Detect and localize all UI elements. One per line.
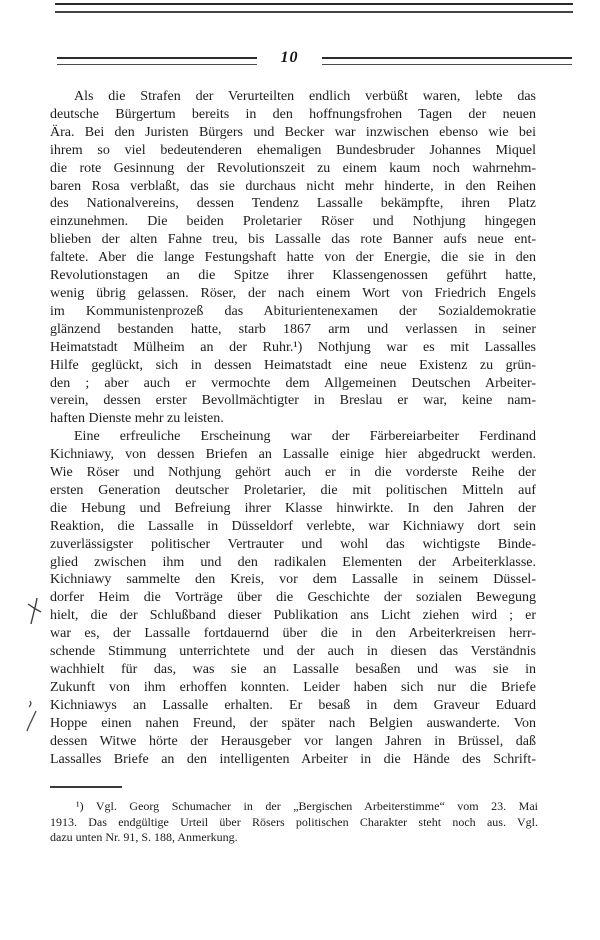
footnote-line: dazu unten Nr. 91, S. 188, Anmerkung.	[50, 830, 538, 846]
footnote: ¹) Vgl. Georg Schumacher in der „Bergisc…	[50, 799, 538, 846]
text-line: dorfer Heim die Vorträge über die Geschi…	[50, 589, 536, 607]
text-line: die Hebung und Befreiung ihrer Klasse hi…	[50, 500, 536, 518]
text-line: wachhielt für das, was sie an Lassalle b…	[50, 661, 536, 679]
text-line: glänzend bestanden hatte, starb 1867 arm…	[50, 321, 536, 339]
text-line: Zukunft von ihm erhoffen konnten. Leider…	[50, 679, 536, 697]
page-number: 10	[257, 49, 322, 67]
text-line: Ära. Bei den Juristen Bürgers und Becker…	[50, 124, 536, 142]
text-line: ihrem so viel bedeutenderen ehemaligen B…	[50, 142, 536, 160]
text-line: einzunehmen. Die beiden Proletarier Röse…	[50, 213, 536, 231]
text-line: Kichniawys an Lassalle erhalten. Er besa…	[50, 697, 536, 715]
header-rule-right	[322, 57, 572, 65]
text-line: Als die Strafen der Verurteilten endlich…	[50, 88, 536, 106]
text-line: haften Dienste mehr zu leisten.	[50, 410, 536, 428]
book-page: 10 Als die Strafen der Verurteilten endl…	[0, 0, 600, 940]
text-line: Hoppe einen nahen Freund, der später nac…	[50, 715, 536, 733]
text-line: die rote Gesinnung der Revolutionszeit z…	[50, 160, 536, 178]
text-line: ersten Generation deutscher Proletarier,…	[50, 482, 536, 500]
text-line: Lassalles Briefe an den intelligenten Ar…	[50, 751, 536, 769]
text-line: Wie Röser und Nothjung gehört auch er in…	[50, 464, 536, 482]
text-line: Eine erfreuliche Erscheinung war der Fär…	[50, 428, 536, 446]
text-line: faltete. Aber die lange Festungshaft hat…	[50, 249, 536, 267]
text-line: Kichniawy, von dessen Briefen an Lassall…	[50, 446, 536, 464]
text-line: dessen Witwe hörte der Herausgeber vor l…	[50, 733, 536, 751]
text-line: Kichniawy sammelte den Kreis, vor dem La…	[50, 571, 536, 589]
text-line: im Kommunistenprozeß das Abiturientenexa…	[50, 303, 536, 321]
header-rule-left	[57, 57, 257, 65]
text-line: verein, dessen erster Bevollmächtigter i…	[50, 392, 536, 410]
text-line: blieben der alten Fahne treu, bis Lassal…	[50, 231, 536, 249]
top-border-rule	[55, 3, 573, 13]
pen-cross-mark	[26, 597, 44, 630]
text-line: schende Stimmung unterrichtete und der a…	[50, 643, 536, 661]
text-line: Hilfe geglückt, sich in dessen Heimatsta…	[50, 357, 536, 375]
text-line: hielt, die der Schlußband dieser Publika…	[50, 607, 536, 625]
text-line: den ; aber auch er vermochte dem Allgeme…	[50, 375, 536, 393]
text-line: deutsche Bürgertum bereits in den hoffnu…	[50, 106, 536, 124]
body-text: Als die Strafen der Verurteilten endlich…	[50, 88, 536, 768]
text-line: zuverlässigster politischer Vertrauter u…	[50, 536, 536, 554]
text-line: glied zwischen ihm und den radikalen Ele…	[50, 554, 536, 572]
text-line: des Nationalvereins, dessen Tendenz Lass…	[50, 195, 536, 213]
footnote-line: ¹) Vgl. Georg Schumacher in der „Bergisc…	[50, 799, 538, 815]
footnote-line: 1913. Das endgültige Urteil über Rösers …	[50, 815, 538, 831]
text-line: wenig übrig gelassen. Röser, der nach ei…	[50, 285, 536, 303]
text-line: war es, der Lassalle fortdauernd über di…	[50, 625, 536, 643]
text-line: Reaktion, die Lassalle in Düsseldorf ver…	[50, 518, 536, 536]
text-line: Heimatstadt Mülheim an der Ruhr.¹) Nothj…	[50, 339, 536, 357]
pen-squiggle-mark	[24, 699, 40, 738]
text-line: Revolutionstagen an die Spitze ihrer Kla…	[50, 267, 536, 285]
footnote-separator	[50, 786, 122, 788]
text-line: baren Rosa verblaßt, das sie durchaus ni…	[50, 178, 536, 196]
